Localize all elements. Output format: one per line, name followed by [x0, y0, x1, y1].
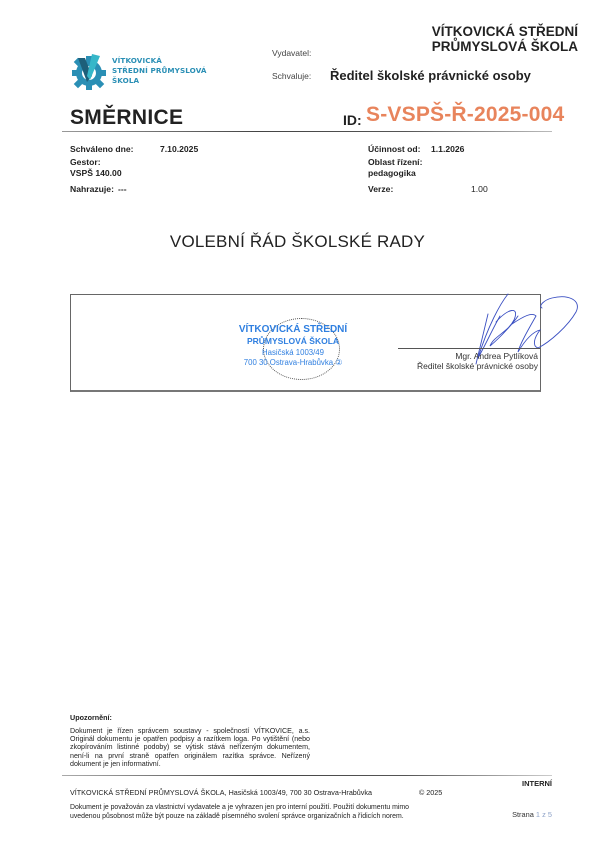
- school-stamp: VÍTKOVICKÁ STŘEDNÍ PRŮMYSLOVÁ ŠKOLA Hasi…: [208, 318, 378, 376]
- signature-line: [398, 348, 540, 349]
- footer-note-line: Dokument je považován za vlastnictví vyd…: [70, 804, 470, 813]
- stamp-line: VÍTKOVICKÁ STŘEDNÍ: [208, 324, 378, 335]
- publisher-label: Vydavatel:: [272, 48, 311, 58]
- area-label: Oblast řízení:: [368, 157, 422, 167]
- page-total: 5: [548, 810, 552, 819]
- footer-copyright: © 2025: [419, 788, 442, 797]
- notice-title: Upozornění:: [70, 713, 112, 722]
- notice-text: Dokument je řízen správcem soustavy - sp…: [70, 727, 310, 768]
- approved-label: Schváleno dne:: [70, 144, 134, 154]
- footer-note-line: uvedenou působnost může být pouze na zák…: [70, 813, 470, 822]
- footer-divider: [62, 775, 552, 776]
- gear-logo-icon: [68, 52, 110, 94]
- logo-text: VÍTKOVICKÁ STŘEDNÍ PRŮMYSLOVÁ ŠKOLA: [112, 56, 207, 86]
- version-value: 1.00: [471, 184, 488, 194]
- page-label: Strana: [512, 810, 534, 819]
- replaces-value: ---: [118, 184, 127, 194]
- divider: [62, 131, 552, 132]
- sponsor-label: Gestor:: [70, 157, 101, 167]
- signer-role: Ředitel školské právnické osoby: [398, 361, 538, 371]
- replaces-label: Nahrazuje:: [70, 184, 114, 194]
- page-separator: z: [542, 810, 546, 819]
- document-title: VOLEBNÍ ŘÁD ŠKOLSKÉ RADY: [0, 232, 595, 252]
- page-number: Strana 1 z 5: [480, 810, 552, 819]
- page-current: 1: [536, 810, 540, 819]
- effective-label: Účinnost od:: [368, 144, 421, 154]
- signer-name: Mgr. Andrea Pytlíková: [398, 351, 538, 361]
- sponsor-value: VSPŠ 140.00: [70, 168, 122, 178]
- footer-address: VÍTKOVICKÁ STŘEDNÍ PRŮMYSLOVÁ ŠKOLA, Has…: [70, 788, 372, 797]
- approver-name: Ředitel školské právnické osoby: [330, 68, 531, 83]
- version-label: Verze:: [368, 184, 393, 194]
- classification-label: INTERNÍ: [400, 779, 552, 788]
- effective-value: 1.1.2026: [431, 144, 464, 154]
- document-type: SMĚRNICE: [70, 106, 183, 130]
- document-id-label: ID:: [343, 112, 362, 128]
- footer-note: Dokument je považován za vlastnictví vyd…: [70, 804, 470, 821]
- publisher-name: VÍTKOVICKÁ STŘEDNÍ PRŮMYSLOVÁ ŠKOLA: [432, 24, 578, 54]
- document-id: S-VSPŠ-Ř-2025-004: [366, 103, 564, 127]
- area-value: pedagogika: [368, 168, 416, 178]
- stamp-line: Hasičská 1003/49: [208, 348, 378, 357]
- school-logo: VÍTKOVICKÁ STŘEDNÍ PRŮMYSLOVÁ ŠKOLA: [68, 52, 258, 96]
- approver-label: Schvaluje:: [272, 71, 311, 81]
- approved-value: 7.10.2025: [160, 144, 198, 154]
- stamp-line: 700 30 Ostrava-Hrabůvka ②: [208, 358, 378, 367]
- stamp-line: PRŮMYSLOVÁ ŠKOLA: [208, 336, 378, 346]
